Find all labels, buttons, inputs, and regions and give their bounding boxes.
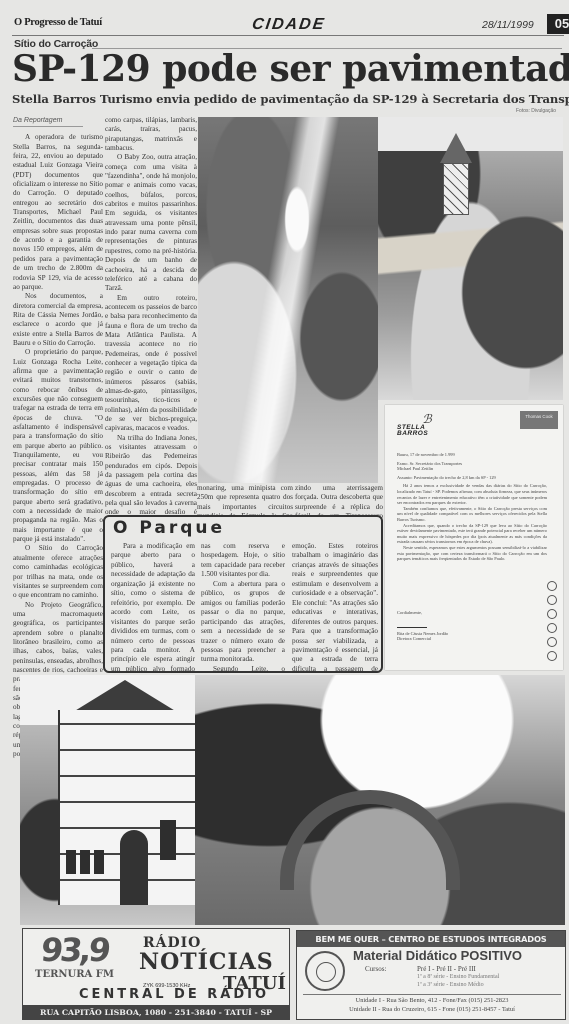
station-name: TERNURA FM [35,969,114,980]
tower-roof [440,133,472,163]
paragraph: Em outro roteiro, acontecem os passeios … [105,294,197,434]
letter-place-date: Bauru, 17 de novembro de 1.999 [397,452,547,458]
letter-recipient-name: Michael Paul Zeitlin [397,466,547,472]
school-unit-address: Unidade II - Rua do Cruzeiro, 615 - Fone… [303,1006,561,1013]
school-title: Material Didático POSITIVO [353,948,522,963]
seal-icon [547,637,557,647]
seal-icon [547,581,557,591]
paragraph: emoção. Estes roteiros trabalham o imagi… [292,542,378,693]
house-window [66,850,76,874]
radio-advertisement: 93,9 TERNURA FM RÁDIO NOTÍCIAS ZYK 699-1… [22,928,290,1020]
signature-icon [397,620,427,628]
letter-paragraph: Há 2 anos temos a exclusividade de venda… [397,483,547,505]
paragraph: O Sítio do Carroção atualmente oferece a… [13,544,103,600]
headline: SP-129 pode ser pavimentada [12,48,569,90]
association-seals [547,581,559,665]
seal-icon [547,623,557,633]
seal-icon [547,595,557,605]
paragraph: Nos documentos, a diretora comercial da … [13,292,103,348]
central-de-radio: CENTRAL DE RÁDIO [79,987,269,1002]
newspaper-page: O Progresso de Tatuí CIDADE 28/11/1999 0… [0,0,569,1024]
paragraph: como carpas, tilápias, lambaris, carás, … [105,116,197,153]
box-title: O Parque [113,518,225,538]
page-header: O Progresso de Tatuí CIDADE 28/11/1999 0… [12,14,564,36]
noticias-label: NOTÍCIAS [139,949,274,975]
photo-credit: Fotos: Divulgação [516,108,556,114]
sidebar-box-o-parque: O Parque Para a modificação em parque ab… [103,515,383,673]
seal-icon [547,609,557,619]
school-advertisement: BEM ME QUER – CENTRO DE ESTUDOS INTEGRAD… [296,930,566,1020]
paragraph: Com a abertura para o público, os grupos… [201,580,285,665]
box-column-3: emoção. Estes roteiros trabalham o imagi… [292,542,378,693]
radio-address: RUA CAPITÃO LISBOA, 1080 - 251-3840 - TA… [23,1005,289,1020]
seal-icon [547,651,557,661]
letter-closing: Cordialmente, [397,610,448,616]
fm-frequency-logo: 93,9 [39,931,110,969]
house-window [160,820,176,860]
section-title: CIDADE [251,16,327,34]
stella-barros-logo: ℬ STELLA BARROS [397,413,457,436]
letter-subject: Assunto: Pavimentação do trecho de 2,8 k… [397,475,547,481]
byline: Da Reportagem [13,116,83,127]
newspaper-name: O Progresso de Tatuí [14,17,102,28]
letter-body: Bauru, 17 de novembro de 1.999 Exmo. Sr.… [397,452,547,562]
paragraph: nas com reserva e hospedagem. Hoje, o sí… [201,542,285,580]
letter-facsimile: ℬ STELLA BARROS Thomas Cook Bauru, 17 de… [385,405,563,670]
house-window [80,850,90,874]
thomas-cook-badge: Thomas Cook [520,411,558,429]
letter-paragraph: Acreditamos que, quando o trecho da SP-1… [397,523,547,545]
letter-paragraph: Também confiamos que, efetivamente, o Sí… [397,506,547,523]
letter-paragraph: Neste sentido, esperamos que estes argum… [397,545,547,562]
signer-title: Diretora Comercial [397,636,448,642]
issue-date: 28/11/1999 [482,19,534,31]
paragraph: O Baby Zoo, outra atração, começa com um… [105,153,197,293]
letter-brand: STELLA BARROS [397,425,457,436]
house-window [94,850,104,874]
school-unit-address: Unidade I - Rua São Bento, 412 - Fone/Fa… [303,994,561,1004]
course-line: 1ª a 8ª série - Ensino Fundamental [417,974,499,980]
course-line: 1ª a 3ª série - Ensino Médio [417,982,484,988]
waterfall-photo [198,117,378,483]
school-emblem-icon [305,951,345,991]
article-column-1: Da Reportagem A operadora de turismo Ste… [13,116,103,759]
paragraph: A operadora de turismo Stella Barros, na… [13,133,103,292]
course-line: Pré I - Pré II - Pré III [417,965,476,973]
house-door [120,830,148,905]
cursos-label: Cursos: [365,965,386,973]
page-number: 05 [547,14,569,34]
school-banner: BEM ME QUER – CENTRO DE ESTUDOS INTEGRAD… [297,931,565,947]
subheadline: Stella Barros Turismo envia pedido de pa… [12,92,569,106]
tudor-tower [443,163,469,215]
letter-signature-block: Cordialmente, Rita de Cássia Nemes Jordã… [397,610,448,642]
paragraph: O proprietário do parque, Luiz Gonzaga R… [13,348,103,544]
